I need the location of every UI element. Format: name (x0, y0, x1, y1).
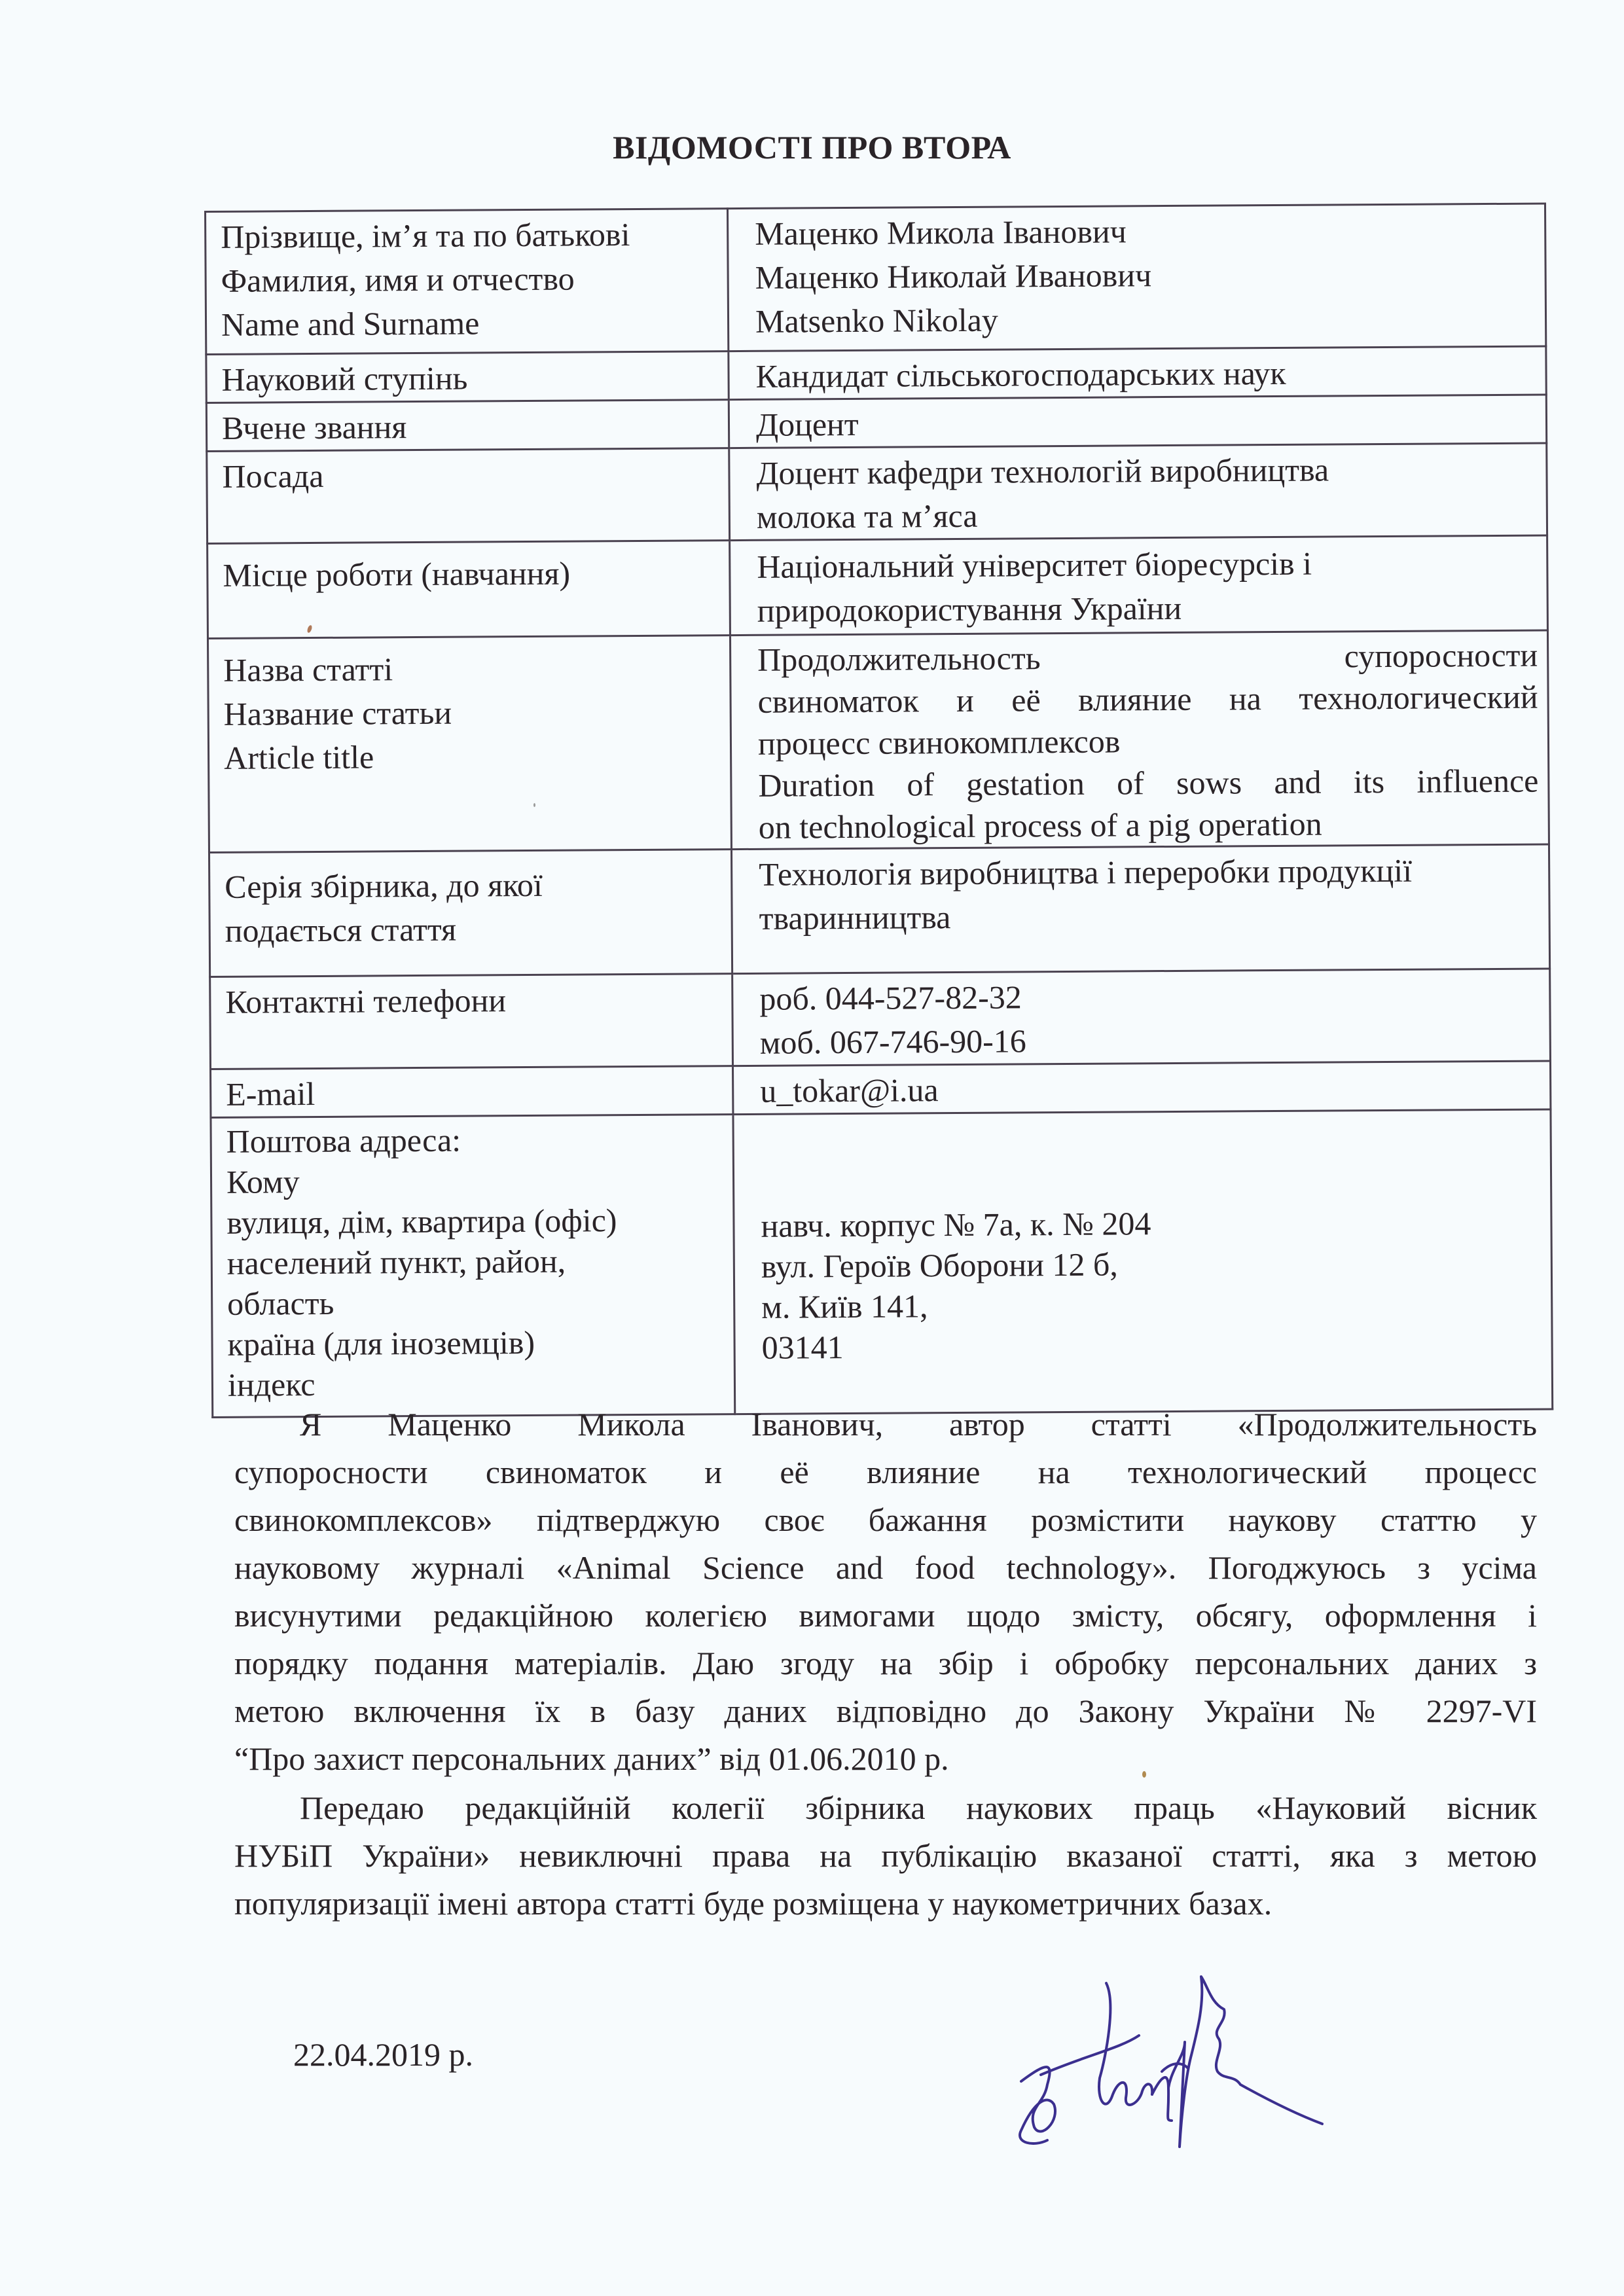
label-cell: Контактні телефони (210, 974, 733, 1069)
label-line: Прізвище, ім’я та по батькові (221, 212, 716, 259)
value-cell: Доцент (729, 395, 1546, 448)
label-cell: Серія збірника, до якої подається стаття (209, 850, 732, 977)
label-line: Фамилия, имя и отчество (221, 256, 716, 303)
paragraph-line: порядку подання матеріалів. Даю згоду на… (234, 1640, 1537, 1687)
label-line: Поштова адреса: (226, 1118, 721, 1162)
label-line: Article title (224, 733, 719, 780)
value-line: Кандидат сільськогосподарських наук (755, 350, 1536, 399)
table-row-series: Серія збірника, до якої подається стаття… (209, 844, 1549, 977)
label-cell: Прізвище, ім’я та по батькові Фамилия, и… (206, 209, 729, 355)
paragraph-line: Передаю редакційній колегії збірника нау… (234, 1784, 1537, 1832)
label-line: Вчене звання (222, 403, 717, 450)
value-line: свиноматок и её влияние на технологическ… (757, 676, 1538, 723)
consent-paragraph: Я Маценко Микола Іванович, автор статті … (234, 1401, 1537, 1783)
table-row-academic-title: Вчене звання Доцент (206, 395, 1546, 452)
value-cell: Продолжительность супоросности свиномато… (730, 630, 1549, 850)
table-row-email: E-mail u_tokar@i.ua (211, 1061, 1551, 1118)
value-cell: u_tokar@i.ua (732, 1061, 1550, 1115)
table-row-phones: Контактні телефони роб. 044-527-82-32 мо… (210, 969, 1551, 1069)
table-row-name: Прізвище, ім’я та по батькові Фамилия, и… (206, 204, 1546, 355)
value-line: Маценко Микола Іванович (755, 207, 1535, 256)
label-cell: Назва статті Название статьи Article tit… (208, 636, 731, 853)
value-line: Duration of gestation of sows and its in… (758, 760, 1538, 806)
signature-icon (1008, 1964, 1479, 2160)
paragraph-line: свинокомплексов» підтверджую своє бажанн… (234, 1496, 1537, 1544)
table-row-postal-address: Поштова адреса: Кому вулиця, дім, кварти… (211, 1109, 1553, 1417)
paragraph-line: популяризації імені автора статті буде р… (234, 1880, 1537, 1928)
label-line: Посада (222, 452, 717, 499)
value-line: навч. корпус № 7а, к. № 204 (761, 1201, 1541, 1246)
value-line (761, 1120, 1541, 1165)
email-value[interactable]: u_tokar@i.ua (760, 1065, 1540, 1113)
table-row-article-title: Назва статті Название статьи Article tit… (208, 630, 1549, 852)
value-line: Маценко Николай Иванович (755, 251, 1535, 300)
value-line: процесс свинокомплексов (758, 718, 1538, 764)
label-line: Кому (226, 1158, 722, 1202)
value-cell: Маценко Микола Іванович Маценко Николай … (727, 204, 1545, 351)
label-cell: Поштова адреса: Кому вулиця, дім, кварти… (211, 1115, 735, 1418)
label-line: Название статьи (223, 689, 719, 736)
label-line: E-mail (226, 1069, 721, 1117)
value-line (761, 1160, 1541, 1206)
label-cell: E-mail (211, 1066, 733, 1118)
value-line: Доцент кафедри технологій виробництва (756, 447, 1536, 495)
value-line: роб. 044-527-82-32 (759, 973, 1540, 1021)
label-cell: Вчене звання (206, 400, 729, 452)
rights-transfer-paragraph: Передаю редакційній колегії збірника нау… (234, 1784, 1537, 1928)
value-line: тваринництва (759, 892, 1539, 941)
label-line: Місце роботи (навчання) (223, 550, 718, 598)
paragraph-line: науковому журналі «Animal Science and fo… (234, 1544, 1537, 1592)
paragraph-line: супоросности свиноматок и её влияние на … (234, 1448, 1537, 1496)
value-line: молока та м’яса (757, 491, 1537, 539)
label-line: область (227, 1280, 723, 1324)
label-line: подається стаття (225, 906, 721, 953)
paragraph-line: висунутими редакційною колегією вимогами… (234, 1592, 1537, 1640)
document-date: 22.04.2019 р. (293, 2036, 473, 2073)
value-cell: Технологія виробництва і переробки проду… (731, 844, 1549, 974)
value-line: Доцент (756, 399, 1536, 447)
value-line: природокористування України (757, 584, 1538, 633)
value-line: Matsenko Nikolay (755, 295, 1536, 344)
value-line: Продолжительность супоросности (757, 634, 1538, 681)
value-line: 03141 (761, 1323, 1542, 1368)
value-cell: Кандидат сільськогосподарських наук (729, 346, 1546, 400)
value-line: on technological process of a pig operat… (759, 802, 1539, 848)
label-line: вулиця, дім, квартира (офіс) (226, 1199, 722, 1243)
label-line: Контактні телефони (225, 977, 721, 1024)
paragraph-line: “Про захист персональних даних” від 01.0… (234, 1735, 1537, 1783)
author-info-table: Прізвище, ім’я та по батькові Фамилия, и… (204, 202, 1553, 1418)
table-row-position: Посада Доцент кафедри технологій виробни… (207, 443, 1547, 544)
value-cell: Національний університет біоресурсів і п… (730, 535, 1548, 636)
value-cell: Доцент кафедри технологій виробництва мо… (729, 443, 1547, 541)
label-cell: Посада (207, 448, 730, 544)
table-row-workplace: Місце роботи (навчання) Національний уні… (208, 535, 1548, 639)
document-title: ВІДОМОСТІ ПРО ВТОРА (0, 128, 1624, 166)
label-line: Name and Surname (221, 300, 717, 347)
paragraph-line: Я Маценко Микола Іванович, автор статті … (234, 1401, 1537, 1448)
value-line: Технологія виробництва і переробки проду… (759, 848, 1539, 897)
label-line: Серія збірника, до якої (225, 862, 720, 909)
scan-speck (533, 803, 535, 807)
value-line: Національний університет біоресурсів і (757, 541, 1537, 589)
label-line: країна (для іноземців) (227, 1321, 723, 1365)
scan-speck (1142, 1771, 1146, 1778)
label-line: населений пункт, район, (227, 1240, 723, 1283)
value-line: вул. Героїв Оборони 12 б, (761, 1242, 1542, 1287)
value-line: м. Київ 141, (761, 1282, 1542, 1327)
label-line: Науковий ступінь (221, 355, 717, 402)
paragraph-line: метою включення їх в базу даних відповід… (234, 1687, 1537, 1735)
label-line: Назва статті (223, 645, 719, 692)
value-cell: роб. 044-527-82-32 моб. 067-746-90-16 (732, 969, 1551, 1066)
paragraph-line: НУБіП України» невиключні права на публі… (234, 1832, 1537, 1880)
value-cell: навч. корпус № 7а, к. № 204 вул. Героїв … (733, 1109, 1553, 1414)
label-cell: Місце роботи (навчання) (208, 541, 731, 639)
label-line: індекс (228, 1361, 723, 1405)
label-cell: Науковий ступінь (206, 351, 729, 403)
table-row-degree: Науковий ступінь Кандидат сільськогоспод… (206, 346, 1546, 403)
value-line: моб. 067-746-90-16 (760, 1016, 1540, 1065)
